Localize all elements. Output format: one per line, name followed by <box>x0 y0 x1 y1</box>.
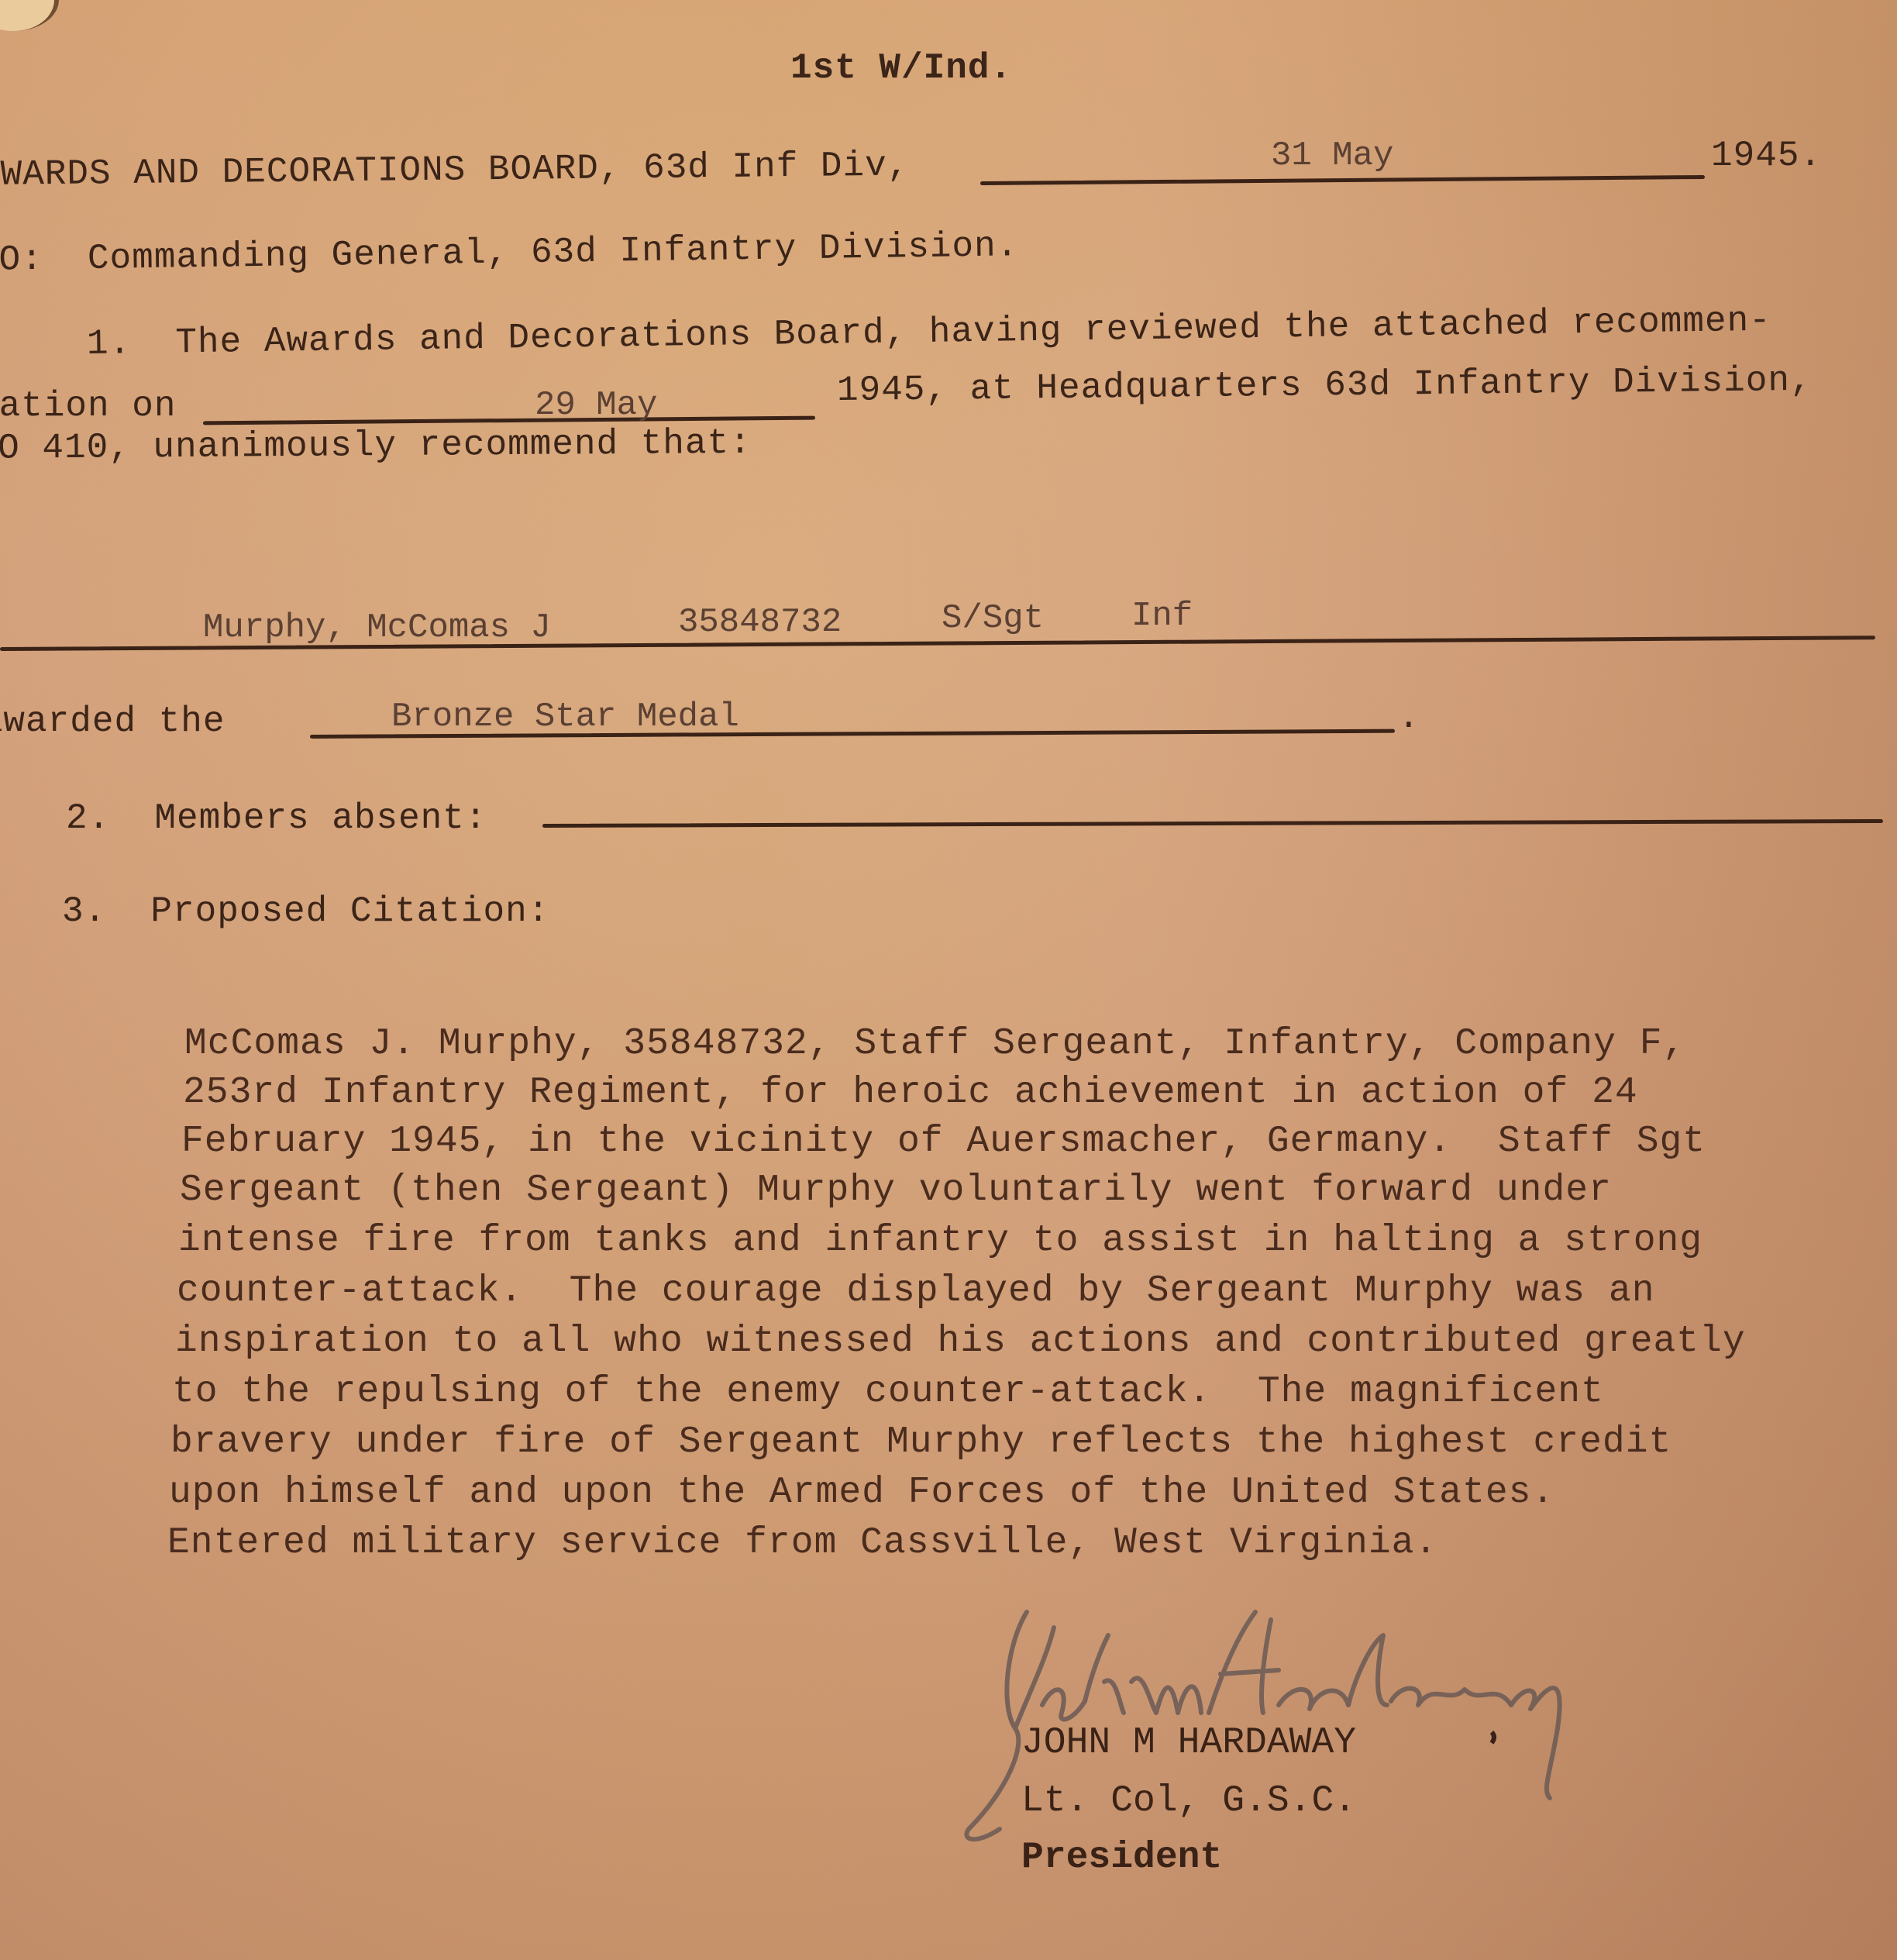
citation-line: inspiration to all who witnessed his act… <box>175 1321 1746 1362</box>
paragraph1-line3: APO 410, unanimously recommend that: <box>0 423 752 469</box>
citation-line: intense fire from tanks and infantry to … <box>178 1220 1702 1262</box>
paragraph1-line2-prefix: dation on <box>0 386 176 426</box>
members-absent-rule <box>542 819 1883 828</box>
citation-line: Entered military service from Cassville,… <box>167 1522 1437 1564</box>
header-date-field: 31 May <box>1271 136 1393 175</box>
date-blank-rule <box>980 175 1705 185</box>
award-suffix: . <box>1398 698 1420 738</box>
citation-line: 253rd Infantry Regiment, for heroic achi… <box>183 1072 1638 1114</box>
citation-line: counter-attack. The courage displayed by… <box>177 1270 1655 1312</box>
recommendation-date-field: 29 May <box>535 386 657 425</box>
endorsement-heading: 1st W/Ind. <box>790 48 1012 88</box>
signer-name: JOHN M HARDAWAY <box>1021 1722 1356 1764</box>
citation-line: upon himself and upon the Armed Forces o… <box>169 1472 1554 1514</box>
issuer-line: AWARDS AND DECORATIONS BOARD, 63d Inf Di… <box>0 145 910 195</box>
paper-corner-mark <box>0 0 59 31</box>
recipient-serial: 35848732 <box>678 603 842 642</box>
proposed-citation-label: 3. Proposed Citation: <box>62 891 549 932</box>
paragraph1-line2-suffix: 1945, at Headquarters 63d Infantry Divis… <box>837 360 1813 411</box>
citation-line: to the repulsing of the enemy counter-at… <box>172 1371 1604 1413</box>
paragraph1-line1: 1. The Awards and Decorations Board, hav… <box>87 301 1771 364</box>
award-prefix: be awarded the <box>0 701 225 742</box>
citation-line: Sergeant (then Sergeant) Murphy voluntar… <box>180 1169 1612 1211</box>
citation-line: bravery under fire of Sergeant Murphy re… <box>170 1421 1671 1463</box>
signer-rank: Lt. Col, G.S.C. <box>1021 1780 1356 1822</box>
citation-line: McComas J. Murphy, 35848732, Staff Serge… <box>184 1023 1685 1065</box>
recipient-branch: Inf <box>1131 597 1193 636</box>
recipient-rank: S/Sgt <box>942 599 1044 638</box>
recipient-name: Murphy, McComas J <box>203 608 551 647</box>
to-line: TO: Commanding General, 63d Infantry Div… <box>0 226 1019 281</box>
award-field: Bronze Star Medal <box>391 698 739 736</box>
members-absent-label: 2. Members absent: <box>66 798 487 839</box>
citation-line: February 1945, in the vicinity of Auersm… <box>181 1121 1706 1163</box>
signer-title: President <box>1021 1837 1222 1879</box>
header-year: 1945. <box>1711 136 1822 176</box>
